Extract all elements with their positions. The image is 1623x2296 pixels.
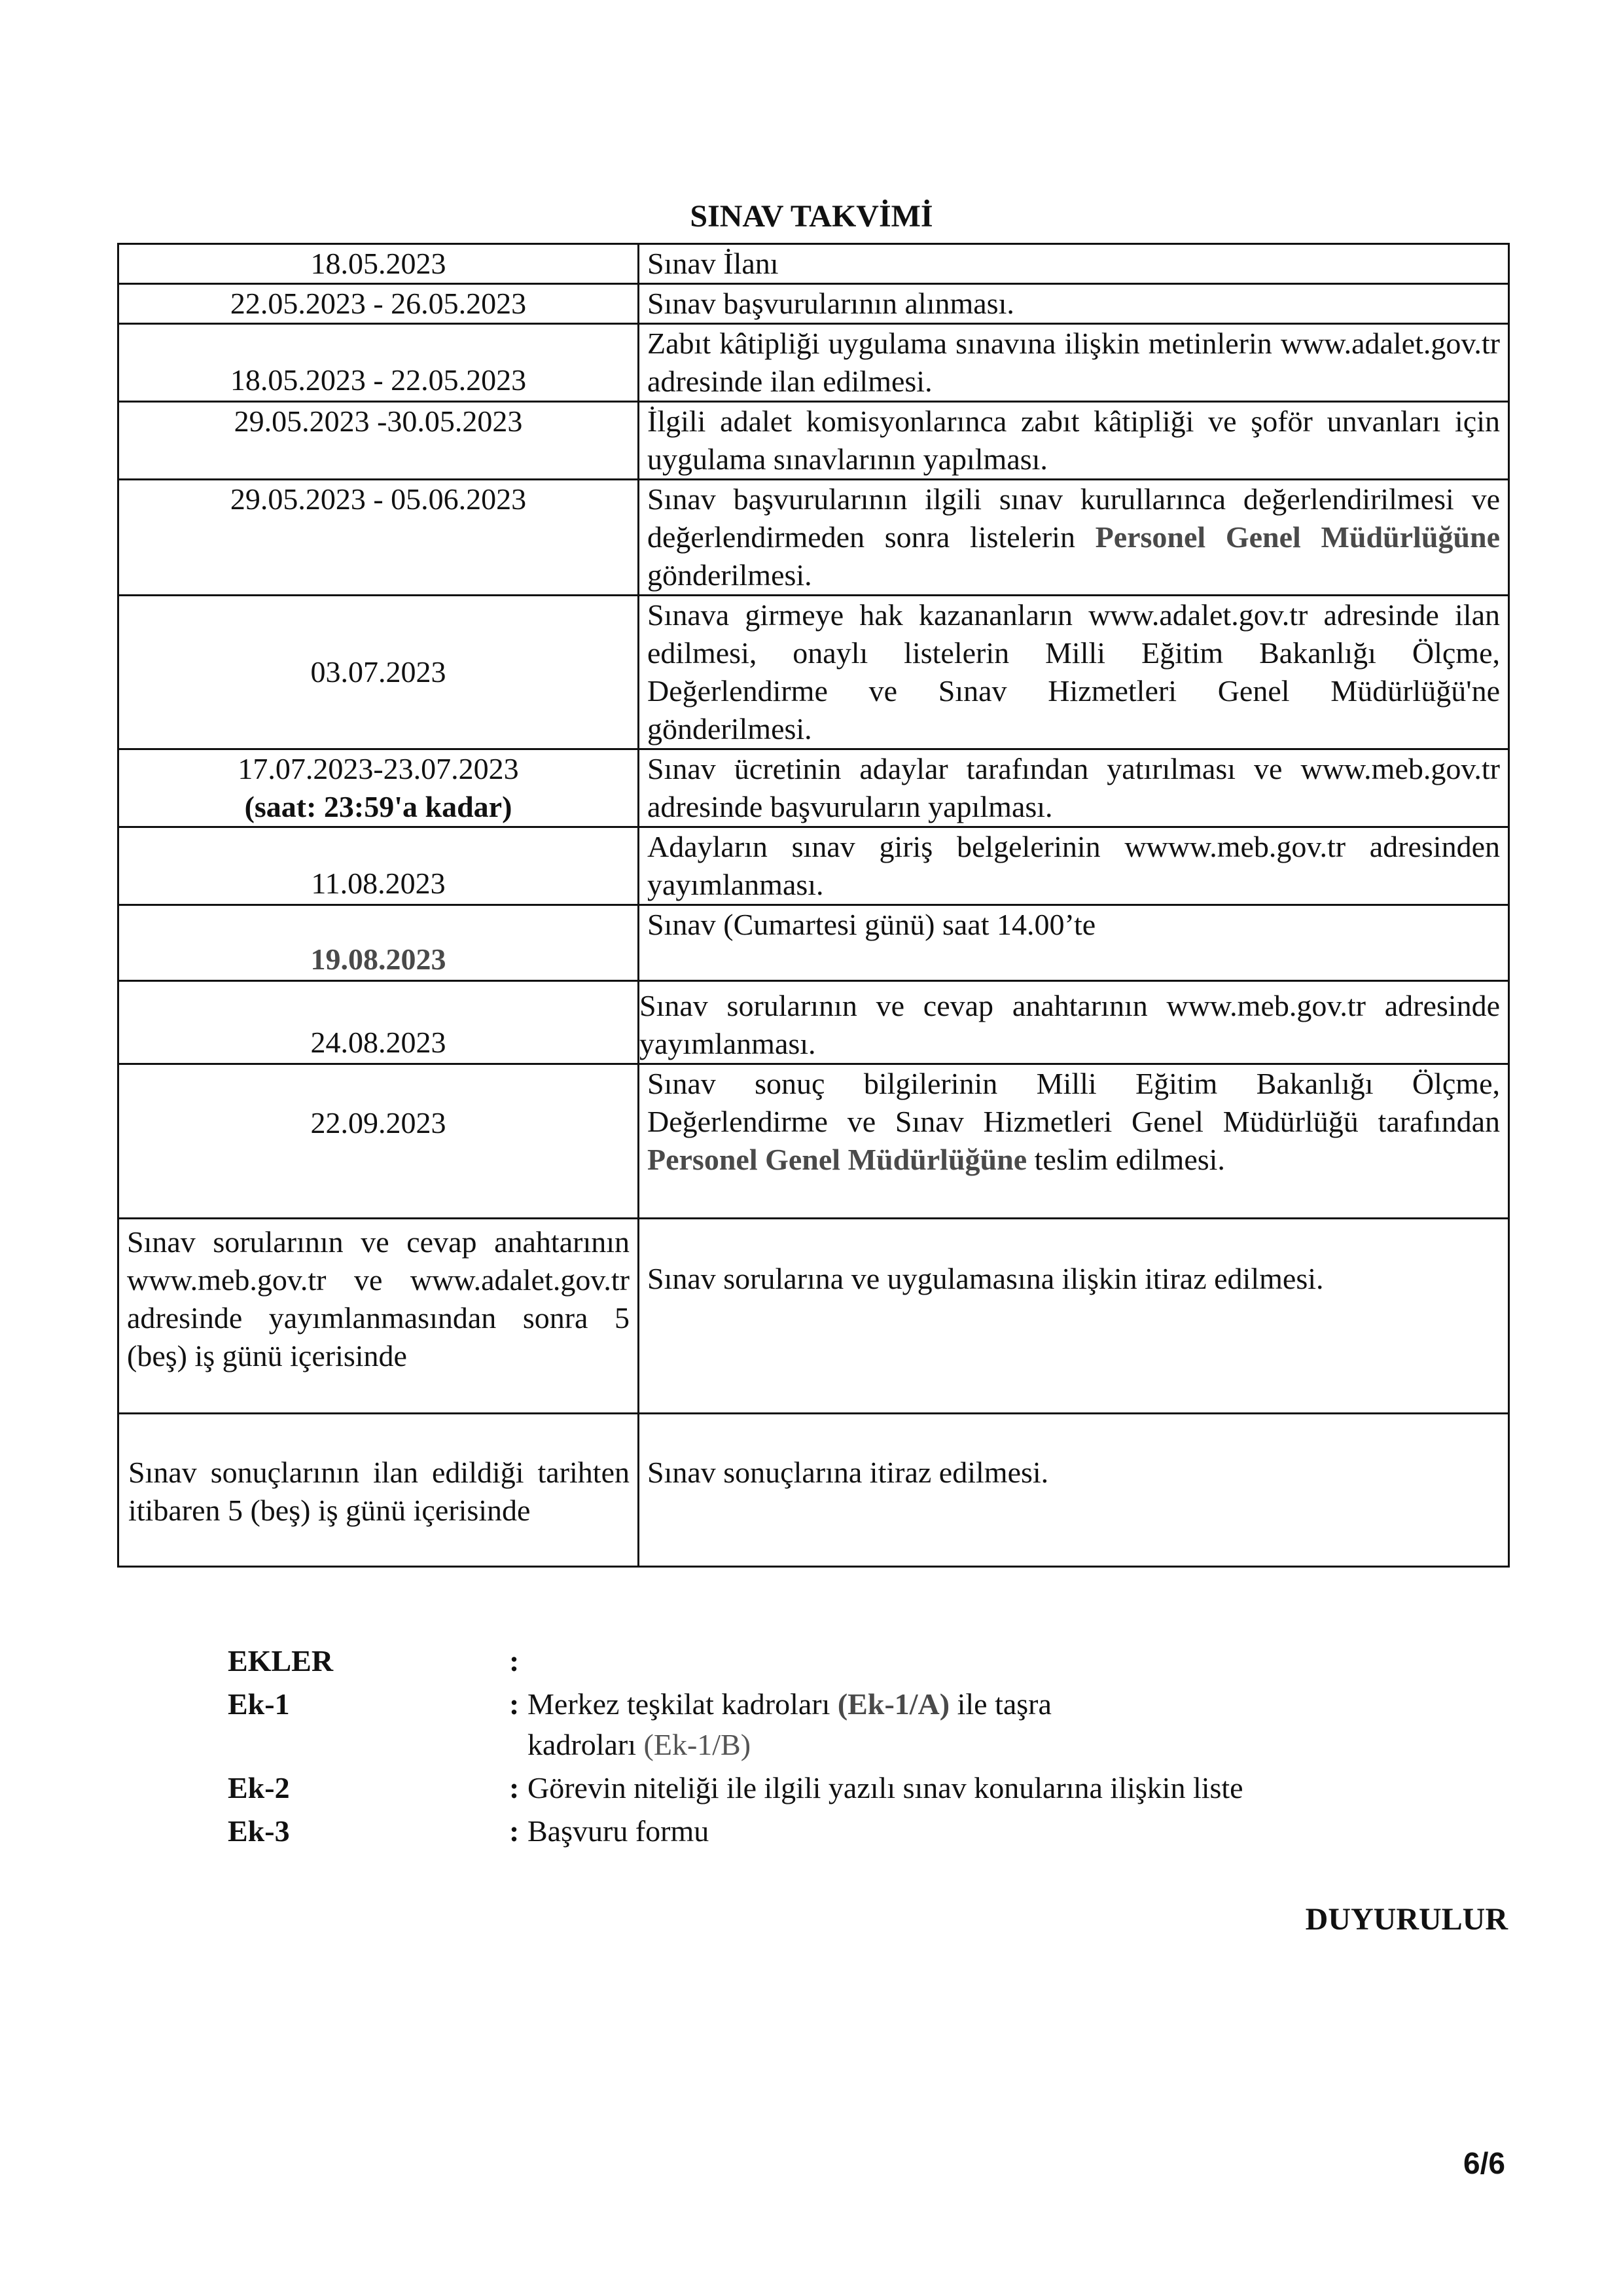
text: Zabıt kâtipliği uygulama sınavına ilişki… xyxy=(647,327,1500,398)
colon: : xyxy=(509,1683,527,1726)
schedule-desc: Sınav başvurularının alınması. xyxy=(639,284,1509,324)
table-row: 29.05.2023 - 05.06.2023 Sınav başvurular… xyxy=(118,480,1509,596)
text: kadroları xyxy=(527,1728,644,1761)
schedule-date: 03.07.2023 xyxy=(118,596,639,749)
emphasized-text: Personel Genel Müdürlüğüne xyxy=(647,1143,1027,1176)
schedule-date: 19.08.2023 xyxy=(118,905,639,981)
attachment-desc: Başvuru formu xyxy=(527,1810,1378,1853)
schedule-date: 22.05.2023 - 26.05.2023 xyxy=(118,284,639,324)
text: Görevin niteliği ile ilgili yazılı sınav… xyxy=(527,1771,1243,1804)
text: Sınav sonuç bilgilerinin Milli Eğitim Ba… xyxy=(647,1067,1500,1138)
attachment-desc: Görevin niteliği ile ilgili yazılı sınav… xyxy=(527,1767,1378,1810)
closing-announcement: DUYURULUR xyxy=(1306,1901,1508,1937)
table-row: 03.07.2023 Sınava girmeye hak kazananlar… xyxy=(118,596,1509,749)
attachment-item: Ek-3 : Başvuru formu xyxy=(228,1810,1378,1853)
emphasized-text: (Ek-1/A) xyxy=(838,1687,950,1721)
page-number: 6/6 xyxy=(1463,2145,1505,2181)
attachment-key: Ek-3 xyxy=(228,1810,509,1853)
attachment-item: Ek-1 : Merkez teşkilat kadroları (Ek-1/A… xyxy=(228,1683,1378,1726)
colon: : xyxy=(509,1640,527,1683)
schedule-desc: Sınav sorularına ve uygulamasına ilişkin… xyxy=(639,1219,1509,1414)
schedule-desc: Sınav başvurularının ilgili sınav kurull… xyxy=(639,480,1509,596)
table-row: 18.05.2023 - 22.05.2023 Zabıt kâtipliği … xyxy=(118,324,1509,402)
attachment-key: Ek-2 xyxy=(228,1767,509,1810)
text: teslim edilmesi. xyxy=(1027,1143,1225,1176)
text: Sınav sonuçlarına itiraz edilmesi. xyxy=(647,1456,1048,1489)
table-row: 11.08.2023 Adayların sınav giriş belgele… xyxy=(118,827,1509,905)
table-row: 29.05.2023 -30.05.2023 İlgili adalet kom… xyxy=(118,402,1509,480)
table-row: 17.07.2023-23.07.2023 (saat: 23:59'a kad… xyxy=(118,749,1509,827)
schedule-date: 22.09.2023 xyxy=(118,1064,639,1219)
schedule-date: Sınav sorularının ve cevap anahtarının w… xyxy=(118,1219,639,1414)
text: Merkez teşkilat kadroları xyxy=(527,1687,838,1721)
exam-schedule-table: 18.05.2023 Sınav İlanı 22.05.2023 - 26.0… xyxy=(117,243,1510,1568)
text: Sınav ücretinin adaylar tarafından yatır… xyxy=(647,752,1500,823)
emphasized-text: Personel Genel Müdürlüğüne xyxy=(1096,520,1500,554)
text: Sınav başvurularının alınması. xyxy=(647,287,1014,320)
schedule-date: 29.05.2023 - 05.06.2023 xyxy=(118,480,639,596)
table-row: 22.05.2023 - 26.05.2023 Sınav başvurular… xyxy=(118,284,1509,324)
text: Sınav sorularına ve uygulamasına ilişkin… xyxy=(647,1262,1324,1295)
attachments-heading: EKLER xyxy=(228,1640,509,1683)
text: İlgili adalet komisyonlarınca zabıt kâti… xyxy=(647,404,1500,476)
text: Sınava girmeye hak kazananların www.adal… xyxy=(647,598,1500,745)
schedule-date: Sınav sonuçlarının ilan edildiği tarihte… xyxy=(118,1414,639,1567)
schedule-desc: Sınav sonuçlarına itiraz edilmesi. xyxy=(639,1414,1509,1567)
colon: : xyxy=(509,1767,527,1810)
reference-text: (Ek-1/B) xyxy=(644,1728,751,1761)
attachment-desc: Merkez teşkilat kadroları (Ek-1/A) ile t… xyxy=(527,1683,1378,1726)
attachment-desc-continued: kadroları (Ek-1/B) xyxy=(228,1723,1378,1767)
schedule-date: 17.07.2023-23.07.2023 (saat: 23:59'a kad… xyxy=(118,749,639,827)
deadline-note: (saat: 23:59'a kadar) xyxy=(127,788,630,826)
table-row: Sınav sorularının ve cevap anahtarının w… xyxy=(118,1219,1509,1414)
schedule-desc: Sınav ücretinin adaylar tarafından yatır… xyxy=(639,749,1509,827)
schedule-desc: Sınav sorularının ve cevap anahtarının w… xyxy=(639,981,1509,1064)
text: Adayların sınav giriş belgelerinin wwww.… xyxy=(647,830,1500,901)
text: Sınav (Cumartesi günü) saat 14.00’te xyxy=(647,908,1096,941)
table-row: Sınav sonuçlarının ilan edildiği tarihte… xyxy=(118,1414,1509,1567)
page-title: SINAV TAKVİMİ xyxy=(0,198,1623,236)
schedule-desc: Sınav sonuç bilgilerinin Milli Eğitim Ba… xyxy=(639,1064,1509,1219)
schedule-date: 18.05.2023 xyxy=(118,244,639,284)
schedule-date: 24.08.2023 xyxy=(118,981,639,1064)
text: Sınav sorularının ve cevap anahtarının w… xyxy=(639,989,1500,1060)
table-row: 22.09.2023 Sınav sonuç bilgilerinin Mill… xyxy=(118,1064,1509,1219)
table-row: 24.08.2023 Sınav sorularının ve cevap an… xyxy=(118,981,1509,1064)
text: gönderilmesi. xyxy=(647,558,812,592)
schedule-desc: Zabıt kâtipliği uygulama sınavına ilişki… xyxy=(639,324,1509,402)
table-row: 18.05.2023 Sınav İlanı xyxy=(118,244,1509,284)
attachments-section: EKLER : Ek-1 : Merkez teşkilat kadroları… xyxy=(228,1640,1378,1853)
attachment-key: Ek-1 xyxy=(228,1683,509,1726)
schedule-desc: Sınava girmeye hak kazananların www.adal… xyxy=(639,596,1509,749)
schedule-date: 11.08.2023 xyxy=(118,827,639,905)
schedule-desc: Sınav (Cumartesi günü) saat 14.00’te xyxy=(639,905,1509,981)
text: Sınav İlanı xyxy=(647,247,779,280)
schedule-date: 29.05.2023 -30.05.2023 xyxy=(118,402,639,480)
attachments-heading-row: EKLER : xyxy=(228,1640,1378,1683)
schedule-date: 18.05.2023 - 22.05.2023 xyxy=(118,324,639,402)
schedule-desc: Sınav İlanı xyxy=(639,244,1509,284)
text: ile taşra xyxy=(950,1687,1052,1721)
text: Başvuru formu xyxy=(527,1814,709,1848)
schedule-desc: İlgili adalet komisyonlarınca zabıt kâti… xyxy=(639,402,1509,480)
attachment-item: Ek-2 : Görevin niteliği ile ilgili yazıl… xyxy=(228,1767,1378,1810)
table-row: 19.08.2023 Sınav (Cumartesi günü) saat 1… xyxy=(118,905,1509,981)
colon: : xyxy=(509,1810,527,1853)
schedule-desc: Adayların sınav giriş belgelerinin wwww.… xyxy=(639,827,1509,905)
